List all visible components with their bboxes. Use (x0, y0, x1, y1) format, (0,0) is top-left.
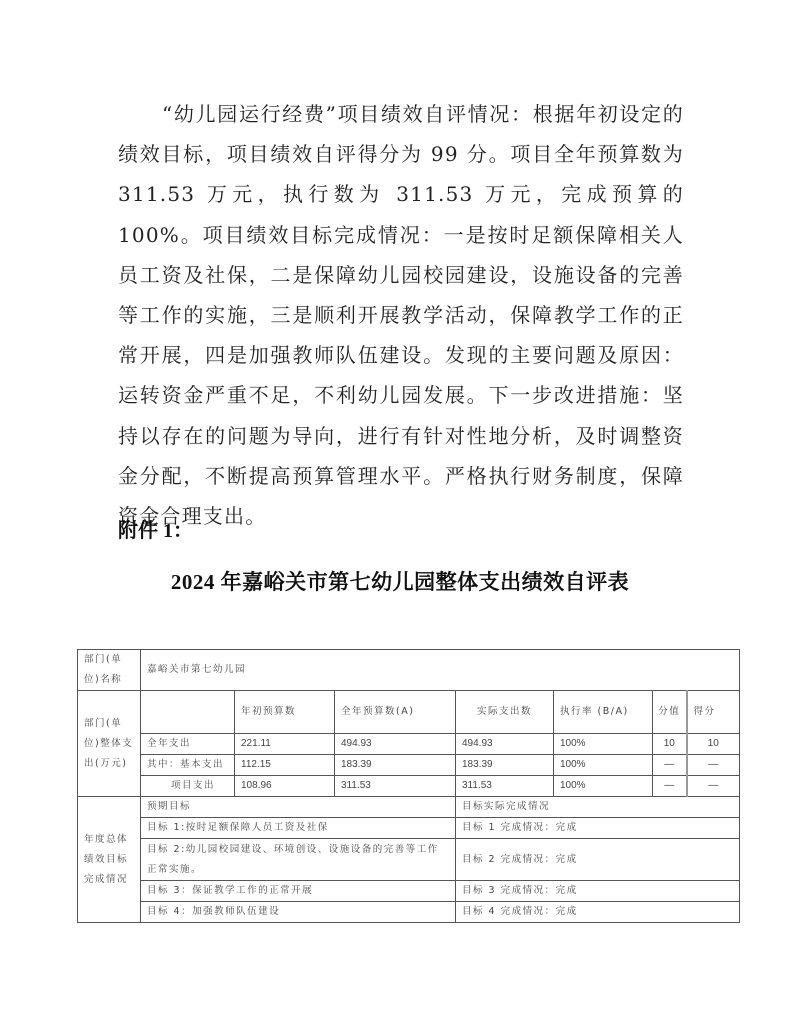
dept-name-value: 嘉峪关市第七幼儿园 (141, 650, 740, 691)
goal-row: 目标 3：保证教学工作的正常开展 目标 3 完成情况：完成 (78, 881, 740, 902)
goal-expected: 目标 1:按时足额保障人员工资及社保 (141, 818, 456, 839)
initial-budget-cell: 221.11 (235, 734, 335, 755)
goals-actual-header: 目标实际完成情况 (456, 797, 740, 818)
annual-budget-cell: 311.53 (335, 776, 456, 797)
body-paragraph: “幼儿园运行经费”项目绩效自评情况：根据年初设定的绩效目标，项目绩效自评得分为 … (118, 94, 684, 536)
goal-expected: 目标 3：保证教学工作的正常开展 (141, 881, 456, 902)
score-value-cell: 10 (653, 734, 687, 755)
expense-row: 其中：基本支出 112.15 183.39 183.39 100% — — (78, 755, 740, 776)
goal-row: 目标 4：加强教师队伍建设 目标 4 完成情况：完成 (78, 902, 740, 923)
header-initial-budget: 年初预算数 (235, 691, 335, 734)
expense-row: 全年支出 221.11 494.93 494.93 100% 10 10 (78, 734, 740, 755)
body-paragraph-text: “幼儿园运行经费”项目绩效自评情况：根据年初设定的绩效目标，项目绩效自评得分为 … (118, 102, 684, 528)
expense-row-label: 全年支出 (141, 734, 235, 755)
goal-actual: 目标 4 完成情况：完成 (456, 902, 740, 923)
table-title: 2024 年嘉峪关市第七幼儿园整体支出绩效自评表 (0, 566, 800, 596)
initial-budget-cell: 108.96 (235, 776, 335, 797)
goal-expected: 目标 2:幼儿园校园建设、环境创设、设施设备的完善等工作正常实施。 (141, 839, 456, 881)
header-execution-rate: 执行率 (B/A) (554, 691, 653, 734)
execution-rate-cell: 100% (554, 776, 653, 797)
score-cell: — (687, 755, 740, 776)
execution-rate-cell: 100% (554, 734, 653, 755)
header-score: 得分 (687, 691, 740, 734)
annual-budget-cell: 494.93 (335, 734, 456, 755)
header-score-value: 分值 (653, 691, 687, 734)
goals-section-label: 年度总体绩效目标完成情况 (78, 797, 141, 923)
dept-name-label: 部门(单位)名称 (78, 650, 141, 691)
expense-row-label: 项目支出 (141, 776, 235, 797)
actual-expense-cell: 494.93 (456, 734, 554, 755)
actual-expense-cell: 311.53 (456, 776, 554, 797)
dept-name-row: 部门(单位)名称 嘉峪关市第七幼儿园 (78, 650, 740, 691)
goal-row: 目标 1:按时足额保障人员工资及社保 目标 1 完成情况：完成 (78, 818, 740, 839)
goal-actual: 目标 2 完成情况：完成 (456, 839, 740, 881)
annual-budget-cell: 183.39 (335, 755, 456, 776)
goals-expected-header: 预期目标 (141, 797, 456, 818)
goal-actual: 目标 1 完成情况：完成 (456, 818, 740, 839)
expense-header-row: 部门(单位)整体支出(万元) 年初预算数 全年预算数(A) 实际支出数 执行率 … (78, 691, 740, 734)
score-value-cell: — (653, 755, 687, 776)
expense-row: 项目支出 108.96 311.53 311.53 100% — — (78, 776, 740, 797)
execution-rate-cell: 100% (554, 755, 653, 776)
goals-header-row: 年度总体绩效目标完成情况 预期目标 目标实际完成情况 (78, 797, 740, 818)
header-actual-expense: 实际支出数 (456, 691, 554, 734)
goal-row: 目标 2:幼儿园校园建设、环境创设、设施设备的完善等工作正常实施。 目标 2 完… (78, 839, 740, 881)
initial-budget-cell: 112.15 (235, 755, 335, 776)
score-cell: — (687, 776, 740, 797)
header-annual-budget: 全年预算数(A) (335, 691, 456, 734)
goal-expected: 目标 4：加强教师队伍建设 (141, 902, 456, 923)
attachment-label: 附件 1： (118, 514, 193, 543)
self-evaluation-table: 部门(单位)名称 嘉峪关市第七幼儿园 部门(单位)整体支出(万元) 年初预算数 … (77, 649, 740, 923)
goal-actual: 目标 3 完成情况：完成 (456, 881, 740, 902)
expense-section-label: 部门(单位)整体支出(万元) (78, 691, 141, 797)
actual-expense-cell: 183.39 (456, 755, 554, 776)
header-blank (141, 691, 235, 734)
expense-row-label: 其中：基本支出 (141, 755, 235, 776)
score-value-cell: — (653, 776, 687, 797)
score-cell: 10 (687, 734, 740, 755)
